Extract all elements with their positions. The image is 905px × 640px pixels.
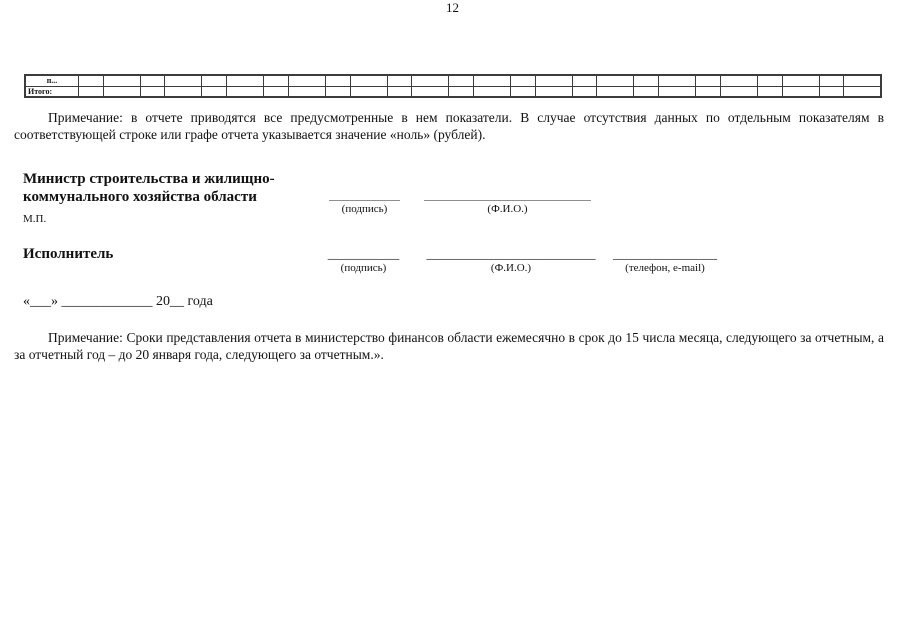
table-cell-empty: [350, 75, 387, 86]
table-row-total: Итого:: [25, 86, 881, 97]
table-row: п...: [25, 75, 881, 86]
table-cell-empty: [474, 75, 511, 86]
name-caption: (Ф.И.О.): [426, 262, 596, 275]
date-blank-line: «___» _____________ 20__ года: [23, 294, 213, 310]
note-paragraph-bottom: Примечание: Сроки представления отчета в…: [14, 330, 884, 363]
table-cell-empty: [264, 75, 289, 86]
table-cell-empty: [412, 86, 449, 97]
signature-caption: (подпись): [327, 262, 400, 275]
table-cell-empty: [350, 86, 387, 97]
table-cell-empty: [782, 86, 819, 97]
table-cell-empty: [387, 86, 412, 97]
table-cell-empty: [103, 86, 140, 97]
table-cell-empty: [572, 86, 597, 97]
table-cell-empty: [227, 75, 264, 86]
page-number: 12: [0, 0, 905, 16]
table-cell-empty: [511, 75, 536, 86]
table-cell-empty: [79, 75, 104, 86]
table-cell-empty: [757, 86, 782, 97]
minister-title-line2: коммунального хозяйства области: [23, 188, 275, 206]
table-cell-empty: [288, 86, 325, 97]
table-cell-empty: [819, 75, 844, 86]
table-cell-empty: [696, 86, 721, 97]
minister-signature-field: (подпись): [329, 188, 400, 216]
report-form-table: п... Итого:: [24, 74, 882, 98]
table-row-label: п...: [25, 75, 79, 86]
executor-name-field: __________________________ (Ф.И.О.): [426, 247, 596, 275]
table-cell-empty: [634, 75, 659, 86]
table-cell-empty: [412, 75, 449, 86]
executor-signature-field: ___________ (подпись): [327, 247, 400, 275]
table-cell-empty: [474, 86, 511, 97]
table-cell-empty: [819, 86, 844, 97]
table-cell-empty: [227, 86, 264, 97]
note-paragraph-top: Примечание: в отчете приводятся все пред…: [14, 110, 884, 143]
table-cell-empty: [844, 86, 881, 97]
table-cell-empty: [634, 86, 659, 97]
table-cell-empty: [535, 86, 572, 97]
name-caption: (Ф.И.О.): [424, 203, 591, 216]
table-cell-empty: [535, 75, 572, 86]
contact-blank: ________________: [611, 247, 719, 260]
table-cell-empty: [288, 75, 325, 86]
signature-line: [329, 188, 400, 201]
minister-title: Министр строительства и жилищно- коммуна…: [23, 170, 275, 206]
minister-title-line1: Министр строительства и жилищно-: [23, 170, 275, 188]
table-cell-empty: [511, 86, 536, 97]
contact-caption: (телефон, e-mail): [611, 262, 719, 275]
table-cell-empty: [720, 75, 757, 86]
table-cell-empty: [597, 86, 634, 97]
table-cell-empty: [572, 75, 597, 86]
minister-name-field: (Ф.И.О.): [424, 188, 591, 216]
table-cell-empty: [325, 75, 350, 86]
stamp-placeholder: М.П.: [23, 213, 46, 225]
table-cell-empty: [844, 75, 881, 86]
table-cell-empty: [165, 75, 202, 86]
table-cell-empty: [202, 86, 227, 97]
table-cell-empty: [696, 75, 721, 86]
executor-title: Исполнитель: [23, 245, 113, 263]
table-cell-empty: [165, 86, 202, 97]
signature-blank: ___________: [327, 247, 400, 260]
table-cell-empty: [449, 75, 474, 86]
signature-caption: (подпись): [329, 203, 400, 216]
table-cell-empty: [264, 86, 289, 97]
table-cell-empty: [597, 75, 634, 86]
table-cell-empty: [140, 86, 165, 97]
executor-contact-field: ________________ (телефон, e-mail): [611, 247, 719, 275]
table-cell-empty: [325, 86, 350, 97]
table-cell-empty: [140, 75, 165, 86]
name-blank: __________________________: [426, 247, 596, 260]
table-cell-empty: [103, 75, 140, 86]
table-cell-empty: [659, 86, 696, 97]
table-cell-empty: [387, 75, 412, 86]
table-cell-empty: [757, 75, 782, 86]
table-row-label: Итого:: [25, 86, 79, 97]
table-cell-empty: [782, 75, 819, 86]
name-line: [424, 188, 591, 201]
table-cell-empty: [720, 86, 757, 97]
table-cell-empty: [79, 86, 104, 97]
table-cell-empty: [202, 75, 227, 86]
table-cell-empty: [659, 75, 696, 86]
table-cell-empty: [449, 86, 474, 97]
document-page: 12 п... Итого: Примечание: в отчете прив…: [0, 0, 905, 640]
